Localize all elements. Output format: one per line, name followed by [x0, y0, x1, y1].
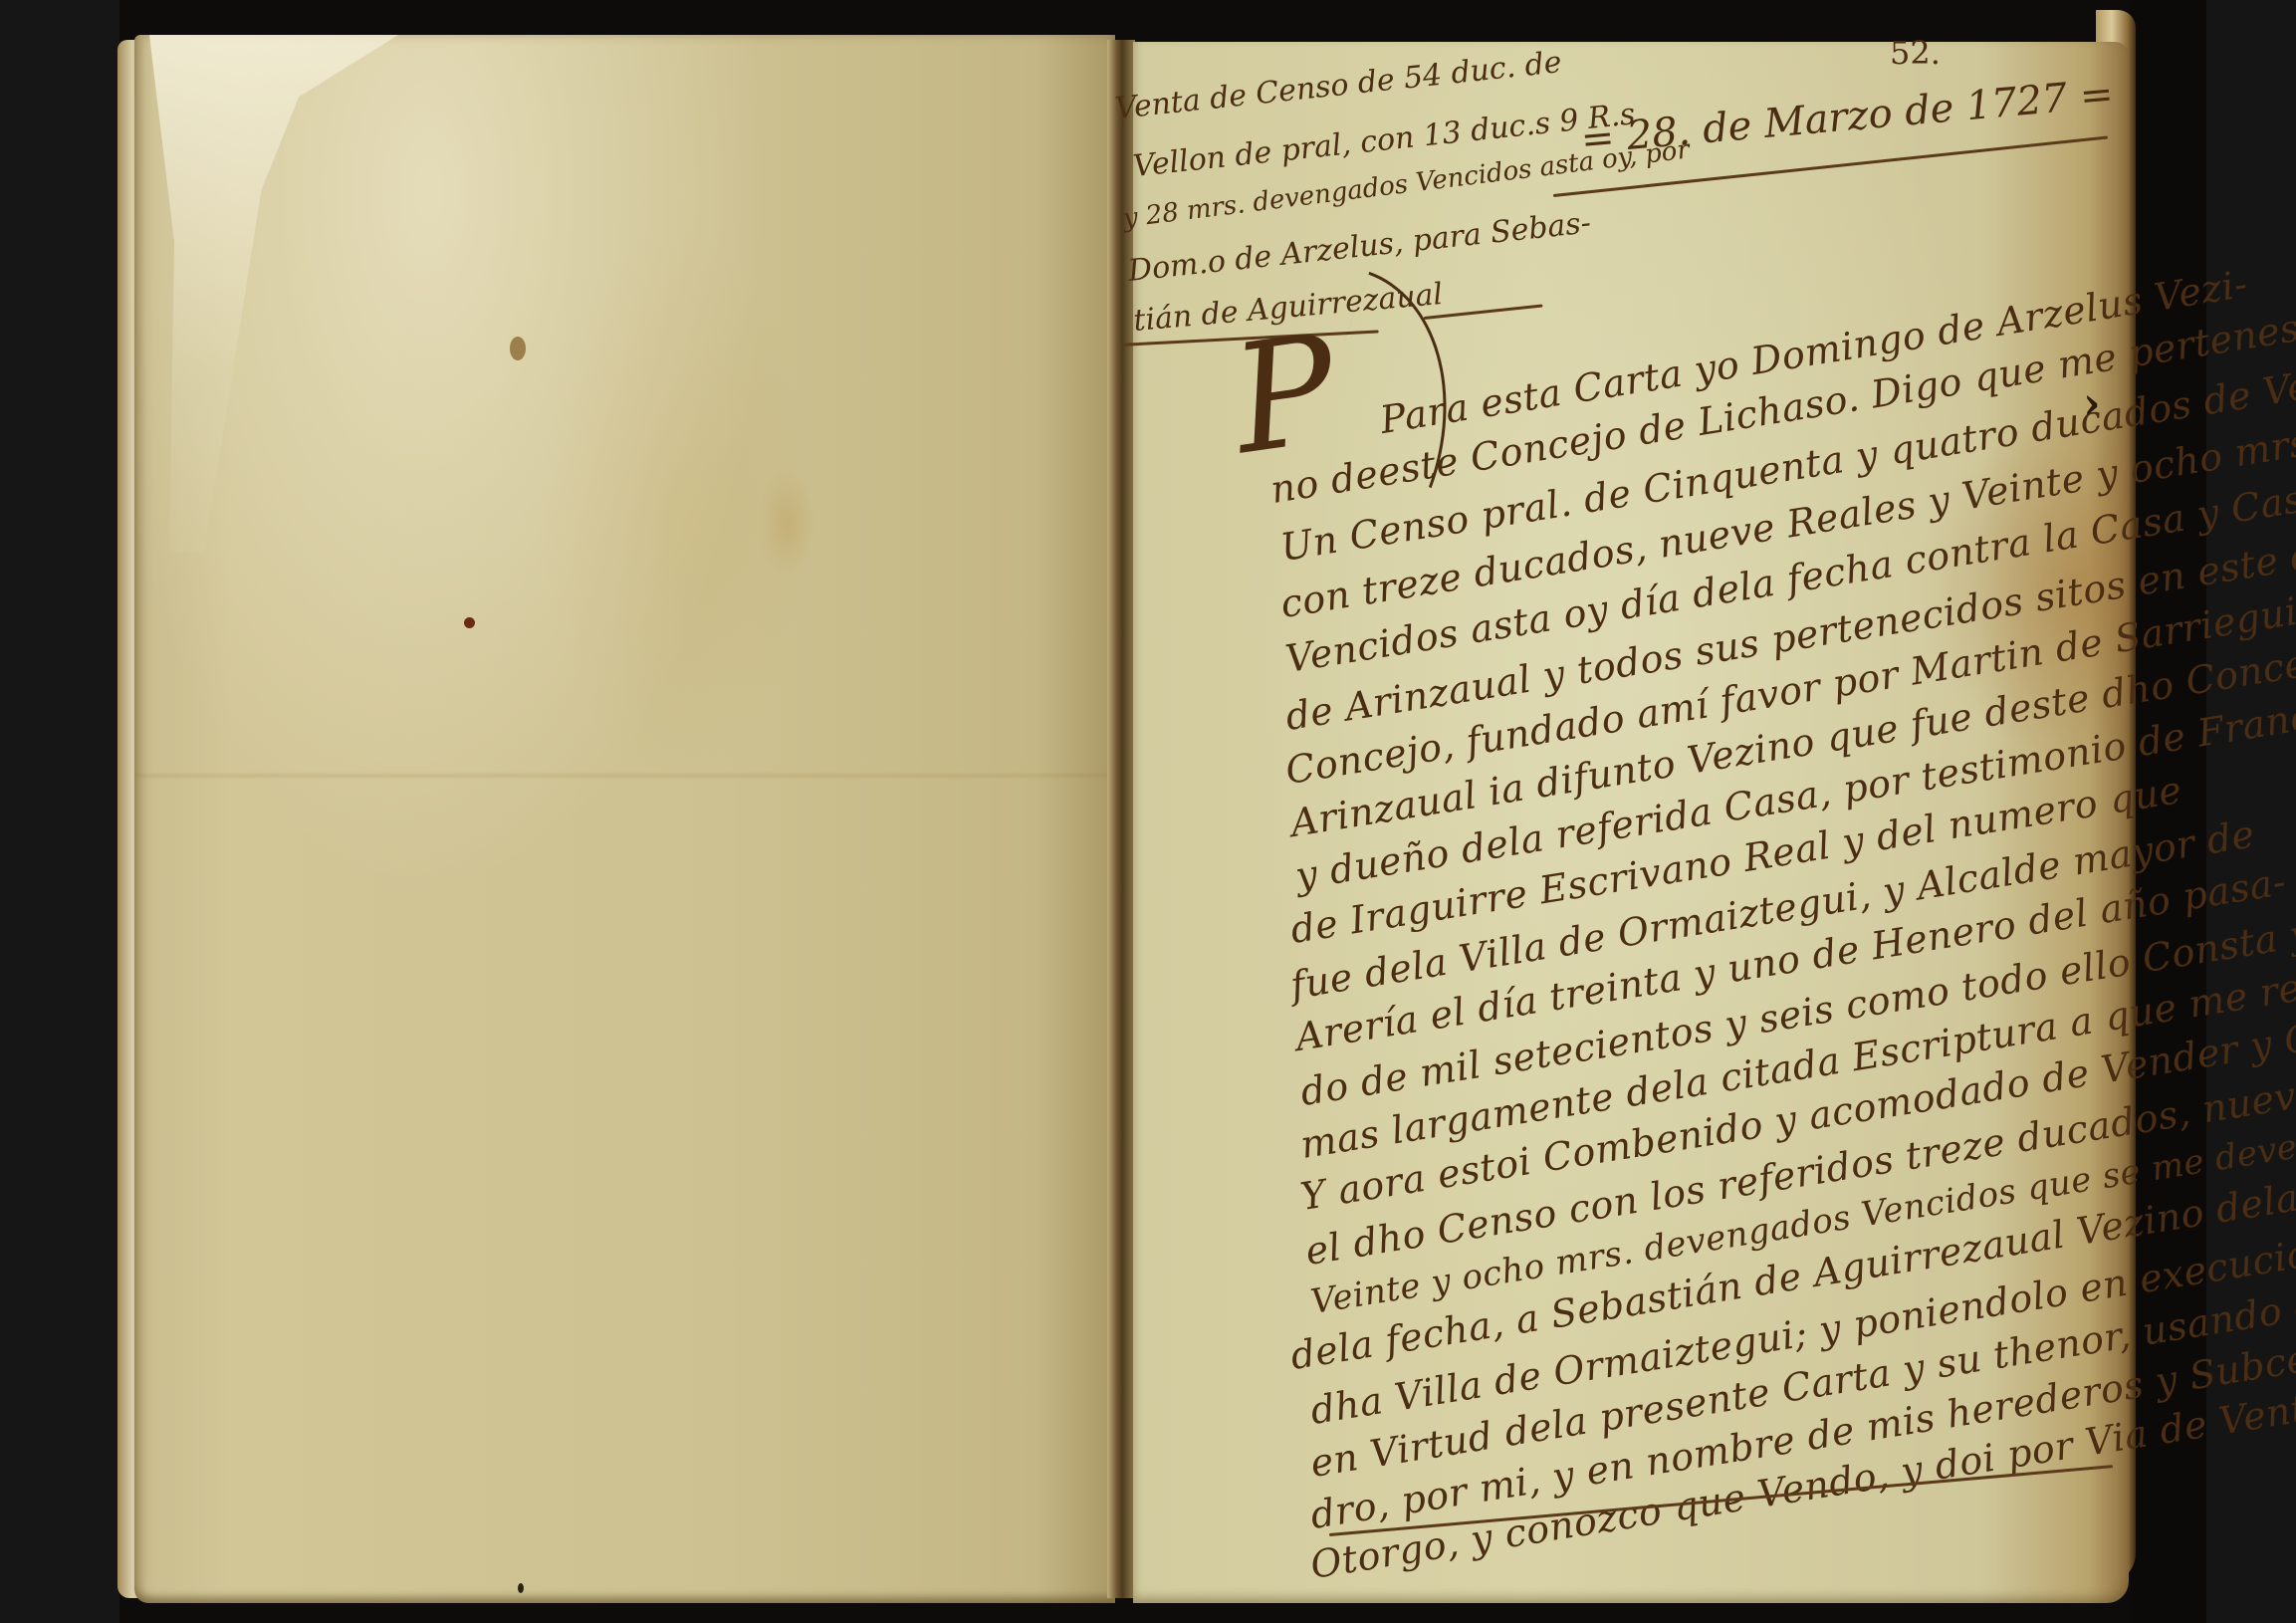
- left-page-ink-spot: [464, 617, 475, 628]
- margin-mark: ›: [2083, 378, 2101, 429]
- left-page-fold-line: [134, 772, 1115, 780]
- left-page-stain: [510, 337, 526, 360]
- folio-number: 52.: [1890, 34, 1941, 72]
- manuscript-spread: 52. Venta de Censo de 54 duc. de Vellon …: [0, 0, 2296, 1623]
- left-page-bottom-spot: [518, 1583, 524, 1593]
- left-page: [134, 35, 1115, 1603]
- left-page-water-stain: [757, 468, 816, 578]
